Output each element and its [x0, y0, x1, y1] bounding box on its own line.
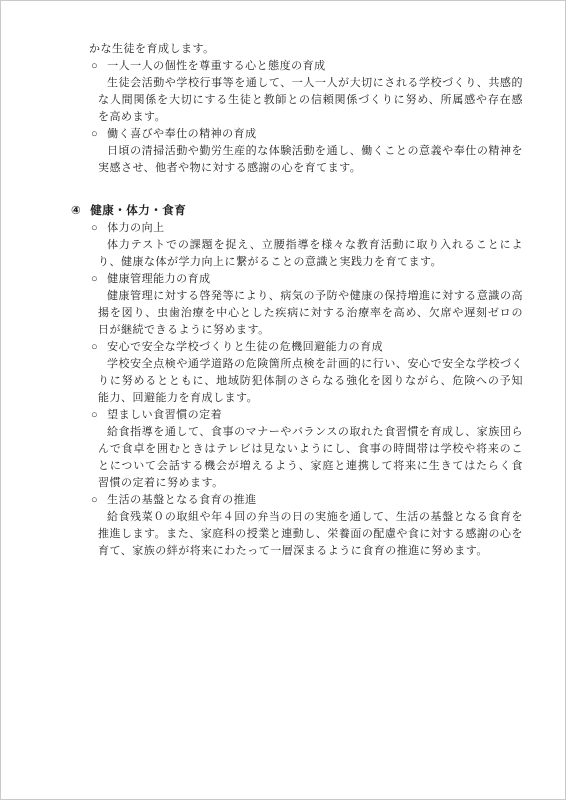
document-page: かな生徒を育成します。 ○一人一人の個性を尊重する心と態度の育成 生徒会活動や学…	[0, 0, 566, 800]
item-title-row: ○体力の向上	[71, 220, 523, 237]
circle-bullet-icon: ○	[91, 407, 98, 424]
circle-bullet-icon: ○	[91, 339, 98, 356]
item-title-row: ○一人一人の個性を尊重する心と態度の育成	[71, 58, 523, 75]
item-body: 体力テストでの課題を捉え、立腰指導を様々な教育活動に取り入れることにより、健康な…	[71, 237, 523, 271]
paragraph-continuation: かな生徒を育成します。	[71, 41, 523, 58]
item-body: 生徒会活動や学校行事等を通して、一人一人が大切にされる学校づくり、共感的な人間関…	[71, 75, 523, 126]
circle-bullet-icon: ○	[91, 492, 98, 509]
item-title-row: ○生活の基盤となる食育の推進	[71, 492, 523, 509]
item-title-row: ○健康管理能力の育成	[71, 271, 523, 288]
section-title: 健康・体力・食育	[90, 205, 186, 217]
list-item: ○安心で安全な学校づくりと生徒の危機回避能力の育成 学校安全点検や通学道路の危険…	[71, 339, 523, 407]
list-item: ○一人一人の個性を尊重する心と態度の育成 生徒会活動や学校行事等を通して、一人一…	[71, 58, 523, 126]
item-title-row: ○安心で安全な学校づくりと生徒の危機回避能力の育成	[71, 339, 523, 356]
list-item: ○生活の基盤となる食育の推進 給食残菜０の取組や年４回の弁当の日の実施を通して、…	[71, 492, 523, 560]
circle-bullet-icon: ○	[91, 220, 98, 237]
item-title: 安心で安全な学校づくりと生徒の危機回避能力の育成	[107, 341, 383, 353]
item-body: 日頃の清掃活動や勤労生産的な体験活動を通し、働くことの意義や奉仕の精神を実感させ…	[71, 143, 523, 177]
item-title: 健康管理能力の育成	[107, 273, 211, 285]
item-body: 健康管理に対する啓発等により、病気の予防や健康の保持増進に対する意識の高揚を図り…	[71, 288, 523, 339]
circle-bullet-icon: ○	[91, 126, 98, 143]
list-item: ○望ましい食習慣の定着 給食指導を通して、食事のマナーやバランスの取れた食習慣を…	[71, 407, 523, 492]
list-item: ○健康管理能力の育成 健康管理に対する啓発等により、病気の予防や健康の保持増進に…	[71, 271, 523, 339]
list-item: ○体力の向上 体力テストでの課題を捉え、立腰指導を様々な教育活動に取り入れること…	[71, 220, 523, 271]
circle-bullet-icon: ○	[91, 271, 98, 288]
item-title-row: ○望ましい食習慣の定着	[71, 407, 523, 424]
item-body: 給食残菜０の取組や年４回の弁当の日の実施を通して、生活の基盤となる食育を推進しま…	[71, 509, 523, 560]
document-content: かな生徒を育成します。 ○一人一人の個性を尊重する心と態度の育成 生徒会活動や学…	[71, 41, 523, 560]
item-body: 給食指導を通して、食事のマナーやバランスの取れた食習慣を育成し、家族団らんで食卓…	[71, 424, 523, 492]
section-number: ④	[71, 203, 81, 220]
item-title: 体力の向上	[107, 222, 165, 234]
item-title: 一人一人の個性を尊重する心と態度の育成	[107, 60, 326, 72]
list-item: ○働く喜びや奉仕の精神の育成 日頃の清掃活動や勤労生産的な体験活動を通し、働くこ…	[71, 126, 523, 177]
item-body: 学校安全点検や通学道路の危険箇所点検を計画的に行い、安心で安全な学校づくりに努め…	[71, 356, 523, 407]
item-title: 働く喜びや奉仕の精神の育成	[107, 128, 257, 140]
item-title: 望ましい食習慣の定着	[107, 409, 222, 421]
item-title: 生活の基盤となる食育の推進	[107, 494, 257, 506]
item-title-row: ○働く喜びや奉仕の精神の育成	[71, 126, 523, 143]
section-heading: ④健康・体力・食育	[71, 203, 523, 220]
circle-bullet-icon: ○	[91, 58, 98, 75]
